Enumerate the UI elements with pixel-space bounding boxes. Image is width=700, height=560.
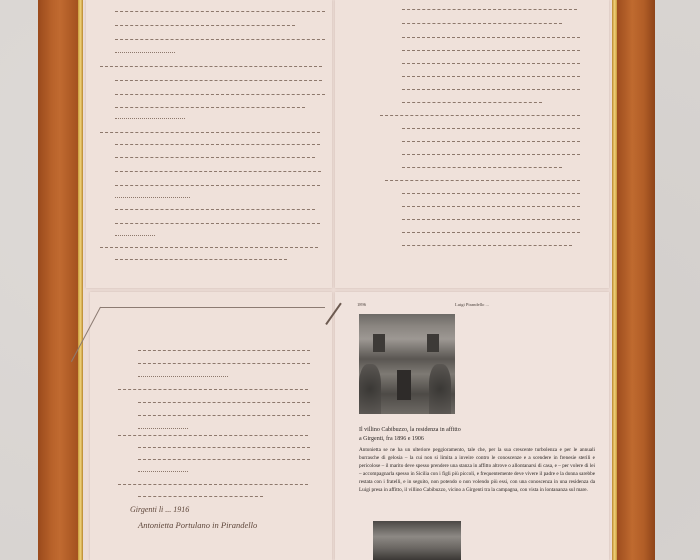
panel-header-right: Luigi Pirandello ... bbox=[455, 302, 489, 307]
villino-photo bbox=[359, 314, 455, 414]
photo-window bbox=[427, 334, 439, 352]
panel-header-left: 1896 bbox=[357, 302, 366, 307]
frame-left bbox=[38, 0, 78, 560]
caption-line-1: Il villino Cabibuzzo, la residenza in af… bbox=[359, 426, 499, 435]
photo-door bbox=[397, 370, 411, 400]
caption-line-2: a Girgenti, fra 1896 e 1906 bbox=[359, 435, 499, 444]
photo-window bbox=[373, 334, 385, 352]
frame-right bbox=[617, 0, 655, 560]
pencil-bracket-line bbox=[100, 307, 325, 308]
place-date: Girgenti li ... 1916 bbox=[130, 505, 189, 514]
portrait-photo bbox=[373, 521, 461, 560]
photo-tree bbox=[429, 364, 451, 414]
photo-caption: Il villino Cabibuzzo, la residenza in af… bbox=[359, 426, 499, 444]
panel-body-text: Antonietta se ne ha un ulteriore peggior… bbox=[359, 446, 595, 495]
photo-tree bbox=[359, 364, 381, 414]
signature: Antonietta Portulano in Pirandello bbox=[138, 520, 257, 530]
